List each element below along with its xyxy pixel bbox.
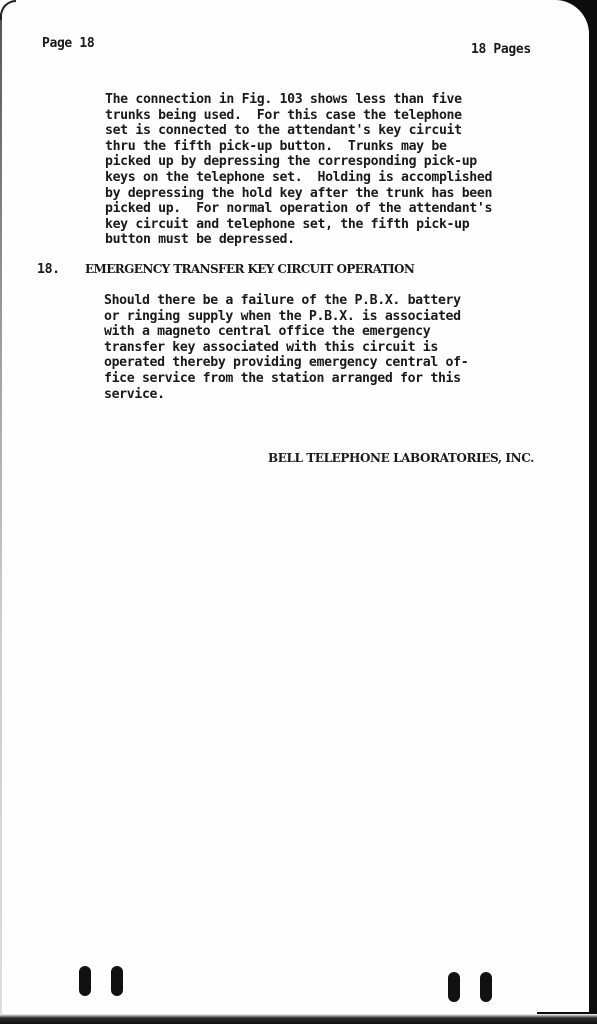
binder-hole <box>79 966 91 996</box>
section-paragraph: Should there be a failure of the P.B.X. … <box>104 293 468 402</box>
scan-border-left <box>0 14 2 1014</box>
binder-hole <box>111 966 123 996</box>
document-page: Page 18 18 Pages The connection in Fig. … <box>0 0 597 1024</box>
company-signature: BELL TELEPHONE LABORATORIES, INC. <box>268 451 534 467</box>
text-line: picked up by depressing the correspondin… <box>105 154 492 170</box>
text-line: set is connected to the attendant's key … <box>105 123 492 139</box>
text-line: keys on the telephone set. Holding is ac… <box>105 170 492 186</box>
text-line: service. <box>104 387 468 403</box>
text-line: The connection in Fig. 103 shows less th… <box>105 92 492 108</box>
page-number: Page 18 <box>42 36 94 52</box>
page-count: 18 Pages <box>471 42 531 58</box>
scan-border-bottom <box>0 1014 597 1024</box>
text-line: with a magneto central office the emerge… <box>104 324 468 340</box>
text-line: or ringing supply when the P.B.X. is ass… <box>104 309 468 325</box>
binder-hole <box>448 972 460 1002</box>
binder-hole <box>480 972 492 1002</box>
text-line: operated thereby providing emergency cen… <box>104 355 468 371</box>
text-line: picked up. For normal operation of the a… <box>105 201 492 217</box>
text-line: key circuit and telephone set, the fifth… <box>105 217 492 233</box>
text-line: trunks being used. For this case the tel… <box>105 108 492 124</box>
page-corner-top-right <box>509 0 589 1012</box>
text-line: transfer key associated with this circui… <box>104 340 468 356</box>
section-number: 18. <box>37 262 60 278</box>
text-line: fice service from the station arranged f… <box>104 371 468 387</box>
text-line: button must be depressed. <box>105 232 492 248</box>
text-line: Should there be a failure of the P.B.X. … <box>104 293 468 309</box>
page-corner-top-left <box>0 0 16 20</box>
section-heading: EMERGENCY TRANSFER KEY CIRCUIT OPERATION <box>85 262 414 278</box>
intro-paragraph: The connection in Fig. 103 shows less th… <box>105 92 492 248</box>
text-line: thru the fifth pick-up button. Trunks ma… <box>105 139 492 155</box>
text-line: by depressing the hold key after the tru… <box>105 186 492 202</box>
